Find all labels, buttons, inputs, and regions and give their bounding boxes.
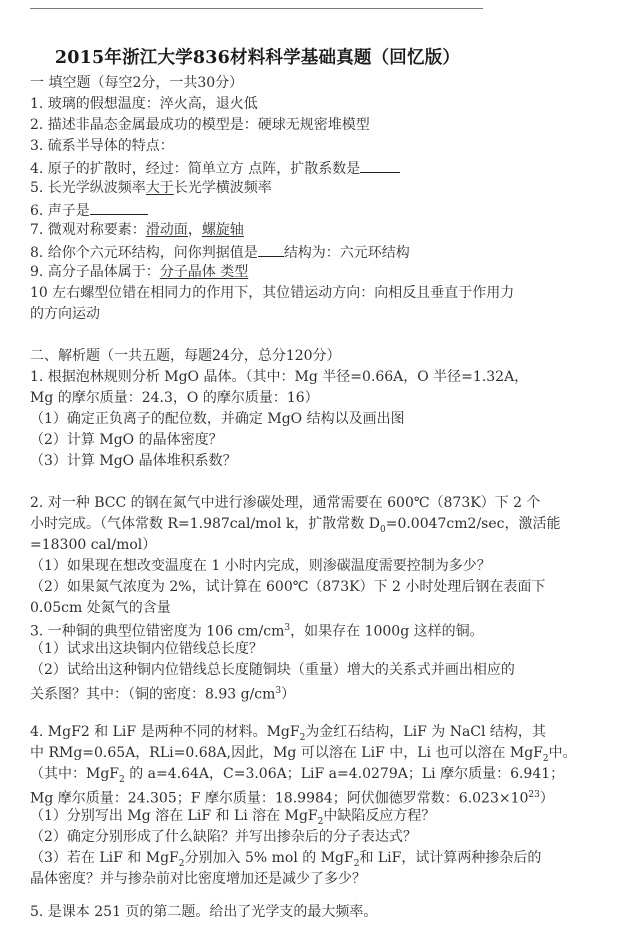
- q2-sub2-line2: 0.05cm 处氮气的含量: [30, 599, 171, 617]
- superscript: 23: [528, 790, 539, 800]
- fill-item-1: 1. 玻璃的假想温度：淬火高，退火低: [30, 95, 258, 113]
- q1-sub3: （3）计算 MgO 晶体堆积系数？: [30, 452, 237, 470]
- q4-line1-text: 4. MgF2 和 LiF 是两种不同的材料。MgF: [30, 724, 300, 740]
- q3-line1-tail: ，如果存在 1000g 这样的铜。: [290, 624, 484, 640]
- fill-item-8-text: 8. 给你个六元环结构，问你判据值是: [30, 245, 258, 261]
- q2-line3: =18300 cal/mol）: [30, 536, 156, 554]
- q1-line2: Mg 的摩尔质量：24.3，O 的摩尔质量：16）: [30, 389, 319, 407]
- q1-sub1: （1）确定正负离子的配位数，并确定 MgO 结构以及画出图: [30, 410, 405, 428]
- fill-item-6-text: 6. 声子是: [30, 203, 90, 219]
- fill-item-5-text: 5. 长光学纵波频率: [30, 180, 146, 196]
- fill-item-9: 9. 高分子晶体属于：分子晶体 类型: [30, 263, 248, 281]
- q4-sub3-line2: 晶体密度？并与掺杂前对比密度增加还是减少了多少？: [30, 870, 366, 888]
- page-title: 2015年浙江大学836材料科学基础真题（回忆版）: [30, 44, 485, 69]
- q3-sub2-tail: ）: [281, 687, 295, 703]
- q2-line1: 2. 对一种 BCC 的钢在氮气中进行渗碳处理，通常需要在 600℃（873K）…: [30, 494, 541, 512]
- q4-line3-text: （其中：MgF: [30, 766, 119, 782]
- section1-heading: 一 填空题（每空2分，一共30分）: [30, 74, 243, 92]
- q4-sub3-tail: 和 LiF，试计算两种掺杂后的: [359, 850, 541, 866]
- answer-blank: [258, 242, 284, 257]
- fill-item-8: 8. 给你个六元环结构，问你判据值是结构为：六元环结构: [30, 242, 410, 262]
- fill-item-4-text: 4. 原子的扩散时，经过：简单立方 点阵，扩散系数是: [30, 161, 360, 177]
- q3-line1: 3. 一种铜的典型位错密度为 106 cm/cm3，如果存在 1000g 这样的…: [30, 619, 484, 641]
- separator: ，: [188, 222, 202, 238]
- fill-item-7: 7. 微观对称要素：滑动面，螺旋轴: [30, 221, 244, 239]
- q4-sub1-text: （1）分别写出 Mg 溶在 LiF 和 Li 溶在 MgF: [30, 808, 318, 824]
- q4-line3-tail: 的 a=4.64A，C=3.06A；LiF a=4.0279A；Li 摩尔质量：…: [125, 766, 564, 782]
- fill-item-2: 2. 描述非晶态金属最成功的模型是：硬球无规密堆模型: [30, 116, 370, 134]
- fill-item-4: 4. 原子的扩散时，经过：简单立方 点阵，扩散系数是: [30, 158, 400, 178]
- section2-heading: 二、解析题（一共五题，每题24分，总分120分）: [30, 347, 341, 365]
- q1-sub2: （2）计算 MgO 的晶体密度？: [30, 431, 223, 449]
- fill-item-9-text: 9. 高分子晶体属于：: [30, 264, 160, 280]
- q2-sub1: （1）如果现在想改变温度在 1 小时内完成，则渗碳温度需要控制为多少？: [30, 557, 491, 575]
- answer-blank: [90, 200, 148, 215]
- q4-sub2: （2）确定分别形成了什么缺陷？并写出掺杂后的分子表达式？: [30, 828, 417, 846]
- fill-item-7-text: 7. 微观对称要素：: [30, 222, 146, 238]
- q4-sub1-tail: 中缺陷反应方程？: [323, 808, 435, 824]
- q3-sub2-text: 关系图？其中：（铜的密度：8.93 g/cm: [30, 687, 275, 703]
- q3-sub1: （1）试求出这块铜内位错线总长度？: [30, 640, 263, 658]
- answer-underlined: 大于: [146, 180, 174, 196]
- q4-line4-text: Mg 摩尔质量：24.305；F 摩尔质量：18.9984；阿伏伽德罗常数：6.…: [30, 791, 528, 807]
- q3-sub2-line2: 关系图？其中：（铜的密度：8.93 g/cm3）: [30, 682, 295, 704]
- q4-line4: Mg 摩尔质量：24.305；F 摩尔质量：18.9984；阿伏伽德罗常数：6.…: [30, 786, 554, 808]
- q3-sub2-line1: （2）试给出这种铜内位错线总长度随铜块（重量）增大的关系式并画出相应的: [30, 661, 515, 679]
- q2-line2-text: 小时完成。（气体常数 R=1.987cal/mol k，扩散常数 D: [30, 516, 380, 532]
- fill-item-3: 3. 硫系半导体的特点：: [30, 137, 174, 155]
- q4-sub3-text: （3）若在 LiF 和 MgF: [30, 850, 179, 866]
- q4-line4-tail: ）: [540, 791, 554, 807]
- q5: 5. 是课本 251 页的第二题。给出了光学支的最大频率。: [30, 903, 377, 921]
- q3-line1-text: 3. 一种铜的典型位错密度为 106 cm/cm: [30, 624, 284, 640]
- q4-sub3-mid: 分别加入 5% mol 的 MgF: [185, 850, 354, 866]
- q4-line1-tail: 为金红石结构，LiF 为 NaCl 结构，其: [305, 724, 546, 740]
- top-divider: [30, 8, 483, 9]
- fill-item-10-line1: 10 左右螺型位错在相同力的作用下，其位错运动方向：向相反且垂直于作用力: [30, 284, 514, 302]
- answer-underlined: 分子晶体 类型: [160, 264, 248, 280]
- q1-line1: 1. 根据泡林规则分析 MgO 晶体。（其中：Mg 半径=0.66A，O 半径=…: [30, 368, 528, 386]
- fill-item-6: 6. 声子是: [30, 200, 148, 220]
- q2-sub2-line1: （2）如果氮气浓度为 2%，试计算在 600℃（873K）下 2 小时处理后钢在…: [30, 578, 545, 596]
- q2-line2-tail: =0.0047cm2/sec，激活能: [386, 516, 561, 532]
- q4-line2-tail: 中。: [549, 745, 577, 761]
- fill-item-8-tail: 结构为：六元环结构: [284, 245, 410, 261]
- answer-blank: [360, 158, 400, 173]
- fill-item-10-line2: 的方向运动: [30, 305, 100, 323]
- fill-item-5-tail: 长光学横波频率: [174, 180, 272, 196]
- fill-item-5: 5. 长光学纵波频率大于长光学横波频率: [30, 179, 272, 197]
- answer-underlined: 螺旋轴: [202, 222, 244, 238]
- answer-underlined: 滑动面: [146, 222, 188, 238]
- q4-line2-text: 中 RMg=0.65A，RLi=0.68A,因此，Mg 可以溶在 LiF 中，L…: [30, 745, 543, 761]
